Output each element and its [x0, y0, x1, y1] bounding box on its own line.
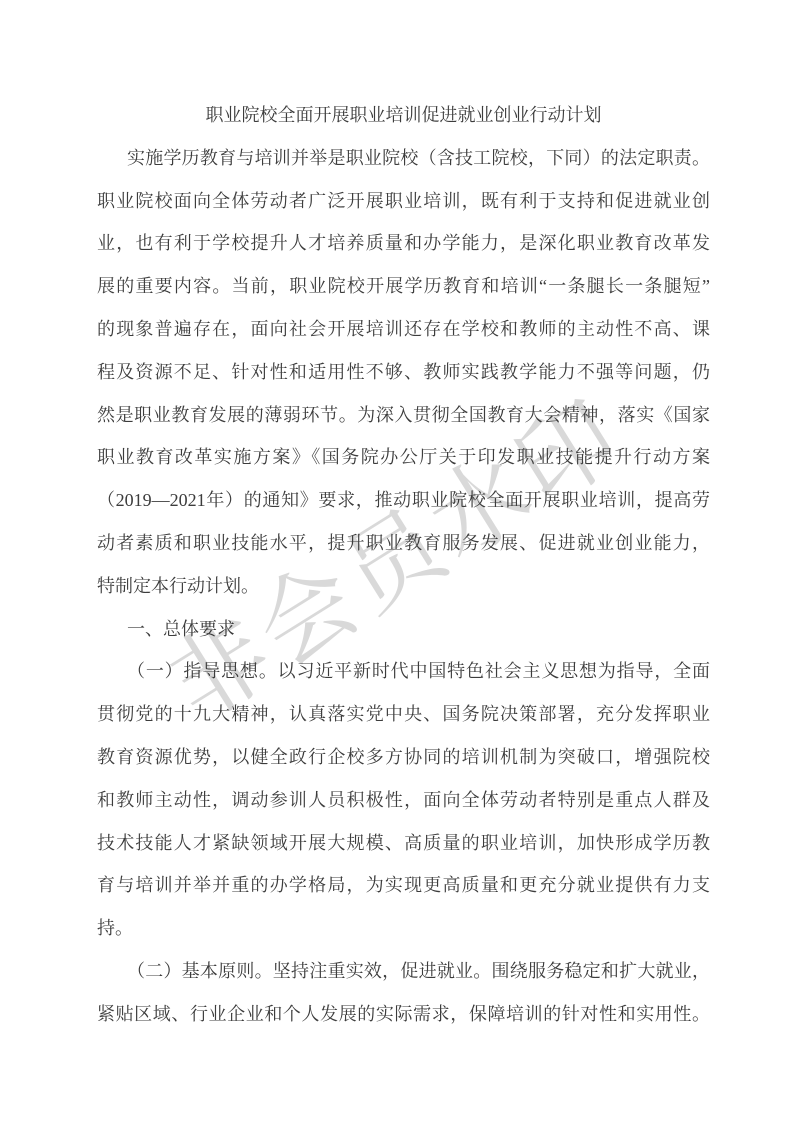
doc-line: 紧贴区域、行业企业和个人发展的实际需求，保障培训的针对性和实用性。: [97, 993, 710, 1036]
doc-line: （2019—2021年）的通知》要求，推动职业院校全面开展职业培训，提高劳: [97, 479, 710, 522]
doc-line: 实施学历教育与培训并举是职业院校（含技工院校，下同）的法定职责。: [97, 137, 710, 180]
doc-line: 技术技能人才紧缺领域开展大规模、高质量的职业培训，加快形成学历教: [97, 822, 710, 865]
section-heading: 一、总体要求: [97, 608, 710, 651]
doc-line: 教育资源优势，以健全政行企校多方协同的培训机制为突破口，增强院校: [97, 736, 710, 779]
document-page: 非会员水印 职业院校全面开展职业培训促进就业创业行动计划 实施学历教育与培训并举…: [0, 0, 794, 1123]
doc-line: 职业教育改革实施方案》《国务院办公厅关于印发职业技能提升行动方案: [97, 436, 710, 479]
doc-line: 的现象普遍存在，面向社会开展培训还存在学校和教师的主动性不高、课: [97, 308, 710, 351]
document-body: 职业院校全面开展职业培训促进就业创业行动计划 实施学历教育与培训并举是职业院校（…: [97, 94, 710, 1036]
doc-line: 贯彻党的十九大精神，认真落实党中央、国务院决策部署，充分发挥职业: [97, 693, 710, 736]
doc-line: 职业院校面向全体劳动者广泛开展职业培训，既有利于支持和促进就业创: [97, 180, 710, 223]
doc-line: 然是职业教育发展的薄弱环节。为深入贯彻全国教育大会精神，落实《国家: [97, 394, 710, 437]
doc-line: 特制定本行动计划。: [97, 565, 710, 608]
doc-line: 程及资源不足、针对性和适用性不够、教师实践教学能力不强等问题，仍: [97, 351, 710, 394]
doc-line: 动者素质和职业技能水平，提升职业教育服务发展、促进就业创业能力，: [97, 522, 710, 565]
doc-line: 展的重要内容。当前，职业院校开展学历教育和培训“一条腿长一条腿短”: [97, 265, 710, 308]
doc-line: （二）基本原则。坚持注重实效，促进就业。围绕服务稳定和扩大就业，: [97, 950, 710, 993]
document-title: 职业院校全面开展职业培训促进就业创业行动计划: [97, 94, 710, 137]
doc-line: 业，也有利于学校提升人才培养质量和办学能力，是深化职业教育改革发: [97, 222, 710, 265]
doc-line: 持。: [97, 907, 710, 950]
doc-line: 和教师主动性，调动参训人员积极性，面向全体劳动者特别是重点人群及: [97, 779, 710, 822]
doc-line: （一）指导思想。以习近平新时代中国特色社会主义思想为指导，全面: [97, 650, 710, 693]
doc-line: 育与培训并举并重的办学格局，为实现更高质量和更充分就业提供有力支: [97, 864, 710, 907]
